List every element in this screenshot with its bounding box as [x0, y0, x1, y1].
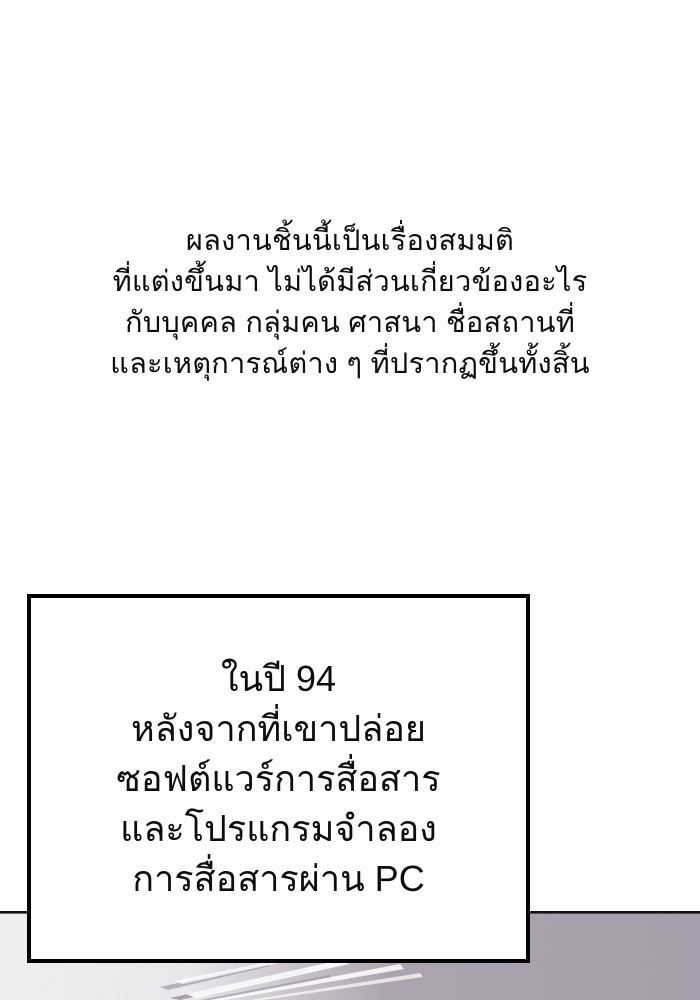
narration-box: ในปี 94 หลังจากที่เขาปล่อย ซอฟต์แวร์การส…: [27, 594, 530, 963]
disclaimer-text: ผลงานชิ้นนี้เป็นเรื่องสมมติ ที่แต่งขึ้นม…: [0, 221, 700, 385]
narration-line: หลังจากที่เขาปล่อย: [131, 704, 426, 754]
narration-line: การสื่อสารผ่าน PC: [132, 854, 424, 904]
comic-page: ผลงานชิ้นนี้เป็นเรื่องสมมติ ที่แต่งขึ้นม…: [0, 0, 700, 1000]
narration-line: ซอฟต์แวร์การสื่อสาร: [116, 754, 440, 804]
disclaimer-line: กับบุคคล กลุ่มคน ศาสนา ชื่อสถานที่: [0, 303, 700, 344]
disclaimer-line: และเหตุการณ์ต่าง ๆ ที่ปรากฏขึ้นทั้งสิ้น: [0, 344, 700, 385]
narration-line: และโปรแกรมจำลอง: [120, 804, 437, 854]
narration-line: ในปี 94: [221, 654, 336, 704]
disclaimer-line: ที่แต่งขึ้นมา ไม่ได้มีส่วนเกี่ยวข้องอะไร: [0, 262, 700, 303]
disclaimer-line: ผลงานชิ้นนี้เป็นเรื่องสมมติ: [0, 221, 700, 262]
